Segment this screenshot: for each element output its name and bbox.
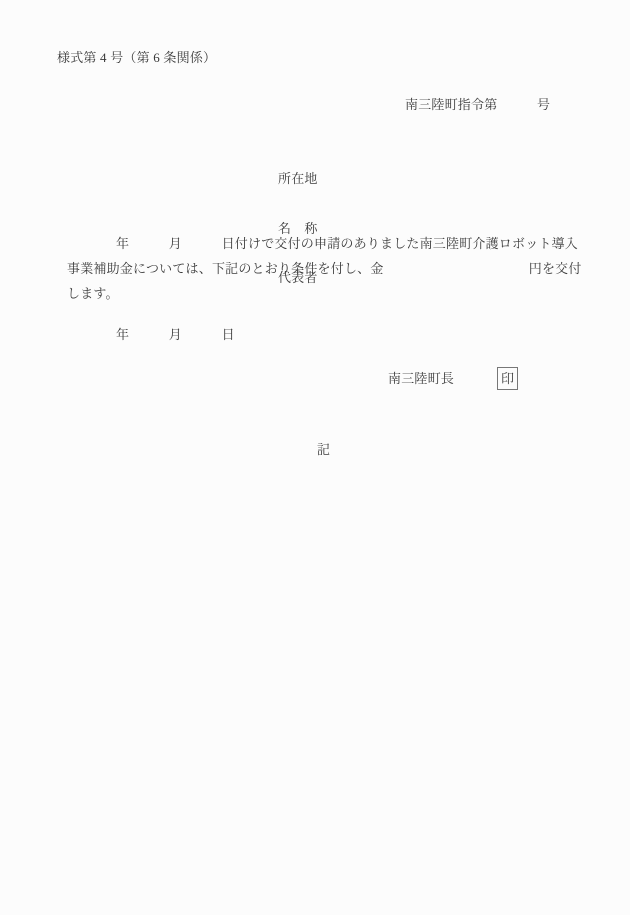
document-page: 様式第 4 号（第 6 条関係） 南三陸町指令第 号 所在地 名 称 代表者 年… (0, 0, 630, 915)
notes-header: 記 (317, 443, 330, 456)
addressee-location-label: 所在地 (278, 172, 318, 196)
date-line: 年 月 日 (116, 328, 235, 341)
body-text-line-2: 事業補助金については、下記のとおり条件を付し、金 円を交付 (67, 262, 582, 275)
directive-number-line: 南三陸町指令第 号 (405, 98, 550, 111)
addressee-block: 所在地 名 称 代表者 (278, 146, 318, 321)
seal-placeholder-box: 印 (497, 367, 518, 390)
mayor-signature-label: 南三陸町長 (388, 372, 454, 385)
seal-label: 印 (501, 372, 514, 385)
body-text-line-3: します。 (67, 287, 119, 300)
body-text-line-1: 年 月 日付けで交付の申請のありました南三陸町介護ロボット導入 (116, 237, 578, 250)
form-number: 様式第 4 号（第 6 条関係） (57, 51, 216, 64)
